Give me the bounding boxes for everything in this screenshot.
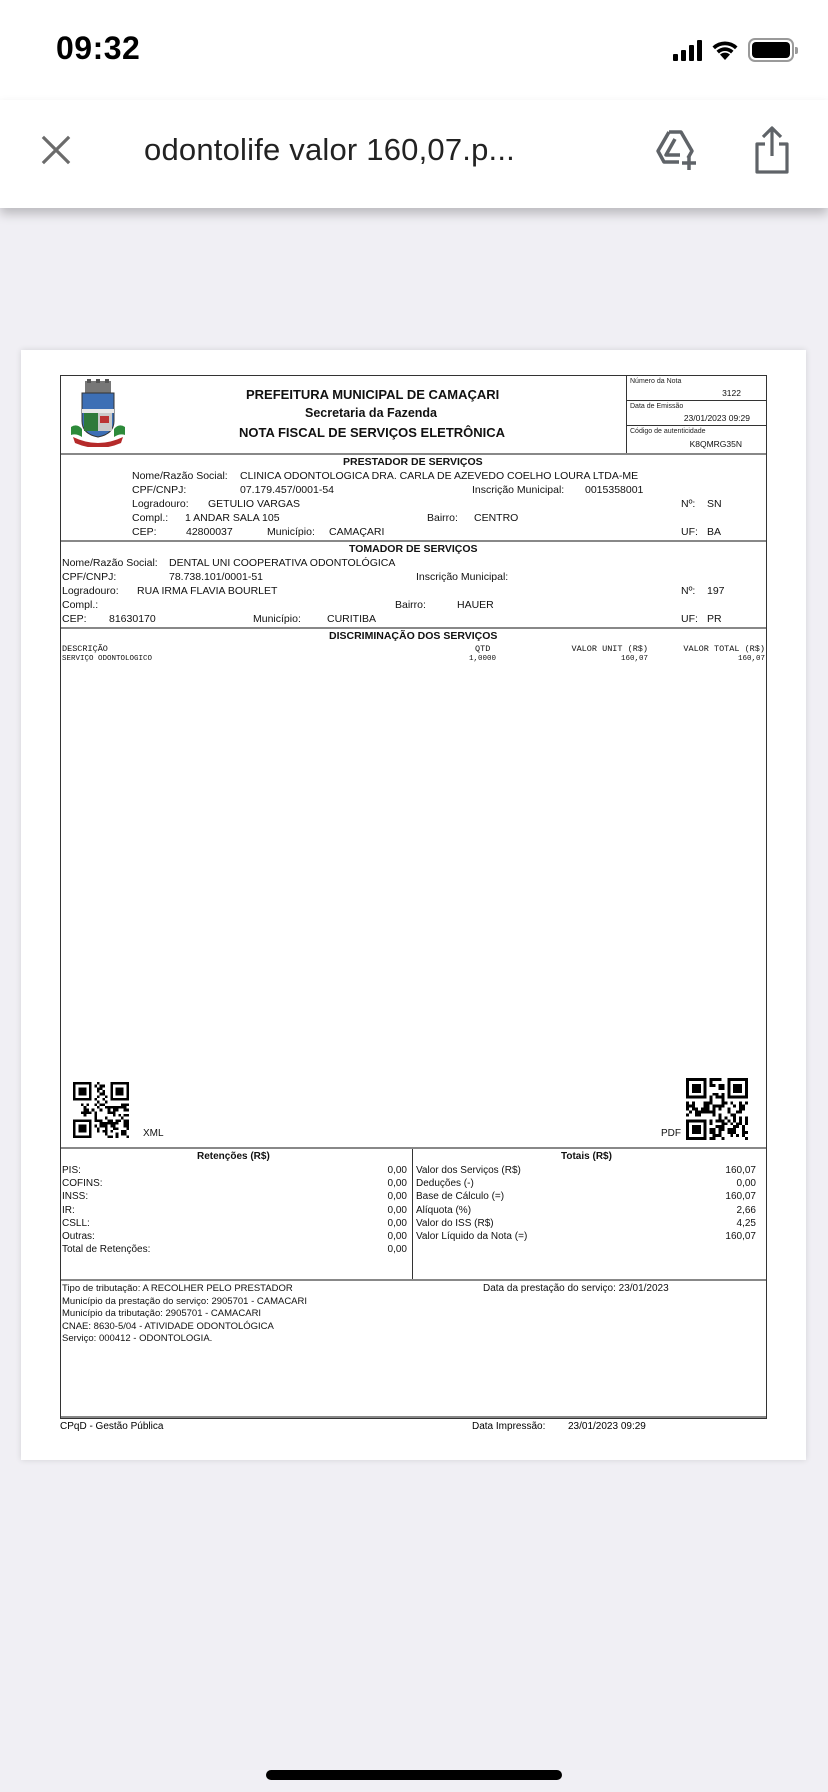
tomador-numero-label: Nº: bbox=[681, 585, 695, 597]
retencao-label: PIS: bbox=[62, 1165, 81, 1176]
battery-icon bbox=[748, 38, 794, 62]
viewer-toolbar: odontolife valor 160,07.p... bbox=[0, 100, 828, 208]
retencao-value: 0,00 bbox=[388, 1244, 407, 1255]
qr-code-xml[interactable] bbox=[73, 1082, 129, 1138]
total-label: Valor dos Serviços (R$) bbox=[416, 1165, 521, 1176]
prestador-numero-label: Nº: bbox=[681, 498, 695, 510]
total-value: 2,66 bbox=[737, 1205, 756, 1216]
retencao-value: 0,00 bbox=[388, 1205, 407, 1216]
tomador-bairro-label: Bairro: bbox=[395, 599, 426, 611]
tomador-logradouro: RUA IRMA FLAVIA BOURLET bbox=[137, 585, 277, 597]
tomador-municipio: CURITIBA bbox=[327, 613, 376, 625]
data-emissao-label: Data de Emissão bbox=[630, 403, 683, 410]
prestador-cep-label: CEP: bbox=[132, 526, 157, 538]
info-line: CNAE: 8630-5/04 - ATIVIDADE ODONTOLÓGICA bbox=[62, 1321, 274, 1332]
qr-xml-label: XML bbox=[143, 1128, 164, 1139]
tomador-title: TOMADOR DE SERVIÇOS bbox=[349, 543, 478, 555]
servico-descricao: SERVIÇO ODONTOLOGICO bbox=[62, 655, 152, 663]
info-line: Tipo de tributação: A RECOLHER PELO PRES… bbox=[62, 1283, 293, 1294]
retencao-value: 0,00 bbox=[388, 1178, 407, 1189]
prestador-municipio: CAMAÇARI bbox=[329, 526, 384, 538]
cellular-signal-icon bbox=[673, 39, 702, 61]
codigo-autenticidade-label: Código de autenticidade bbox=[630, 428, 706, 435]
prestador-numero: SN bbox=[707, 498, 722, 510]
retencoes-title: Retenções (R$) bbox=[197, 1151, 270, 1162]
numero-nota-label: Número da Nota bbox=[630, 378, 681, 385]
home-indicator[interactable] bbox=[266, 1770, 562, 1780]
data-emissao: 23/01/2023 09:29 bbox=[684, 413, 750, 423]
close-button[interactable] bbox=[36, 130, 76, 170]
retencao-value: 0,00 bbox=[388, 1165, 407, 1176]
tomador-bairro: HAUER bbox=[457, 599, 494, 611]
nota-fiscal: PREFEITURA MUNICIPAL DE CAMAÇARI Secreta… bbox=[60, 375, 767, 1419]
retencao-value: 0,00 bbox=[388, 1231, 407, 1242]
servicos-title: DISCRIMINAÇÃO DOS SERVIÇOS bbox=[329, 630, 497, 642]
total-value: 160,07 bbox=[725, 1165, 756, 1176]
prestador-cnpj-label: CPF/CNPJ: bbox=[132, 484, 186, 496]
servico-valor-unit: 160,07 bbox=[621, 655, 648, 663]
share-button[interactable] bbox=[752, 124, 792, 176]
prestador-logradouro: GETULIO VARGAS bbox=[208, 498, 300, 510]
add-to-drive-button[interactable] bbox=[652, 126, 700, 174]
qr-pdf-label: PDF bbox=[661, 1128, 681, 1139]
total-label: Deduções (-) bbox=[416, 1178, 474, 1189]
prestador-cnpj: 07.179.457/0001-54 bbox=[240, 484, 334, 496]
tomador-numero: 197 bbox=[707, 585, 725, 597]
total-label: Base de Cálculo (=) bbox=[416, 1191, 504, 1202]
tomador-compl-label: Compl.: bbox=[62, 599, 98, 611]
col-descricao: DESCRIÇÃO bbox=[62, 644, 108, 654]
status-time: 09:32 bbox=[56, 30, 140, 67]
secretaria-title: Secretaria da Fazenda bbox=[305, 406, 437, 420]
coat-of-arms-logo bbox=[69, 379, 127, 447]
footer-cpqd: CPqD - Gestão Pública bbox=[60, 1421, 163, 1432]
col-qtd: QTD bbox=[475, 644, 490, 654]
servico-valor-total: 160,07 bbox=[738, 655, 765, 663]
totais-title: Totais (R$) bbox=[561, 1151, 612, 1162]
prestador-im: 0015358001 bbox=[585, 484, 643, 496]
qr-code-pdf[interactable] bbox=[686, 1078, 748, 1140]
tomador-nome: DENTAL UNI COOPERATIVA ODONTOLÓGICA bbox=[169, 557, 395, 569]
document-title: odontolife valor 160,07.p... bbox=[144, 132, 515, 168]
prestador-bairro: CENTRO bbox=[474, 512, 518, 524]
data-prestacao: Data da prestação do serviço: 23/01/2023 bbox=[483, 1283, 669, 1294]
impressao-label: Data Impressão: bbox=[472, 1421, 545, 1432]
tomador-cnpj-label: CPF/CNPJ: bbox=[62, 571, 116, 583]
status-icons bbox=[673, 38, 794, 62]
total-label: Alíquota (%) bbox=[416, 1205, 471, 1216]
prestador-logradouro-label: Logradouro: bbox=[132, 498, 189, 510]
nota-header: PREFEITURA MUNICIPAL DE CAMAÇARI Secreta… bbox=[61, 376, 766, 453]
info-line: Serviço: 000412 - ODONTOLOGIA. bbox=[62, 1333, 212, 1344]
total-label: Valor do ISS (R$) bbox=[416, 1218, 494, 1229]
prestador-bairro-label: Bairro: bbox=[427, 512, 458, 524]
prestador-im-label: Inscrição Municipal: bbox=[472, 484, 564, 496]
tomador-uf-label: UF: bbox=[681, 613, 698, 625]
info-line: Município da tributação: 2905701 - CAMAC… bbox=[62, 1308, 261, 1319]
total-value: 0,00 bbox=[737, 1178, 756, 1189]
retencao-value: 0,00 bbox=[388, 1218, 407, 1229]
tomador-cnpj: 78.738.101/0001-51 bbox=[169, 571, 263, 583]
total-value: 160,07 bbox=[725, 1191, 756, 1202]
retencao-label: IR: bbox=[62, 1205, 75, 1216]
tomador-im-label: Inscrição Municipal: bbox=[416, 571, 508, 583]
tomador-nome-label: Nome/Razão Social: bbox=[62, 557, 158, 569]
total-value: 160,07 bbox=[725, 1231, 756, 1242]
prestador-uf: BA bbox=[707, 526, 721, 538]
share-icon bbox=[752, 124, 792, 176]
tomador-cep: 81630170 bbox=[109, 613, 156, 625]
tomador-cep-label: CEP: bbox=[62, 613, 87, 625]
prestador-municipio-label: Município: bbox=[267, 526, 315, 538]
retencao-value: 0,00 bbox=[388, 1191, 407, 1202]
prefeitura-title: PREFEITURA MUNICIPAL DE CAMAÇARI bbox=[246, 387, 499, 402]
prestador-compl: 1 ANDAR SALA 105 bbox=[185, 512, 280, 524]
total-value: 4,25 bbox=[737, 1218, 756, 1229]
codigo-autenticidade: K8QMRG35N bbox=[690, 439, 742, 449]
impressao-data: 23/01/2023 09:29 bbox=[568, 1421, 646, 1432]
retencao-label: COFINS: bbox=[62, 1178, 103, 1189]
prestador-cep: 42800037 bbox=[186, 526, 233, 538]
col-valor-total: VALOR TOTAL (R$) bbox=[683, 644, 765, 654]
prestador-uf-label: UF: bbox=[681, 526, 698, 538]
retencao-label: INSS: bbox=[62, 1191, 88, 1202]
wifi-icon bbox=[710, 38, 740, 62]
numero-nota: 3122 bbox=[722, 388, 741, 398]
info-line: Município da prestação do serviço: 29057… bbox=[62, 1296, 307, 1307]
tomador-logradouro-label: Logradouro: bbox=[62, 585, 119, 597]
retencao-label: Total de Retenções: bbox=[62, 1244, 150, 1255]
close-icon bbox=[41, 135, 71, 165]
add-to-drive-icon bbox=[652, 126, 700, 174]
retencao-label: CSLL: bbox=[62, 1218, 90, 1229]
servico-qtd: 1,0000 bbox=[469, 655, 496, 663]
nfse-title: NOTA FISCAL DE SERVIÇOS ELETRÔNICA bbox=[239, 425, 505, 440]
col-valor-unit: VALOR UNIT (R$) bbox=[571, 644, 648, 654]
retencao-label: Outras: bbox=[62, 1231, 95, 1242]
pdf-page[interactable]: PREFEITURA MUNICIPAL DE CAMAÇARI Secreta… bbox=[21, 350, 806, 1460]
nota-meta: Número da Nota 3122 Data de Emissão 23/0… bbox=[627, 376, 766, 451]
prestador-nome: CLINICA ODONTOLOGICA DRA. CARLA DE AZEVE… bbox=[240, 470, 638, 482]
prestador-nome-label: Nome/Razão Social: bbox=[132, 470, 228, 482]
total-label: Valor Líquido da Nota (=) bbox=[416, 1231, 527, 1242]
prestador-title: PRESTADOR DE SERVIÇOS bbox=[343, 456, 483, 468]
prestador-compl-label: Compl.: bbox=[132, 512, 168, 524]
status-bar: 09:32 bbox=[0, 0, 828, 100]
tomador-municipio-label: Município: bbox=[253, 613, 301, 625]
tomador-uf: PR bbox=[707, 613, 722, 625]
